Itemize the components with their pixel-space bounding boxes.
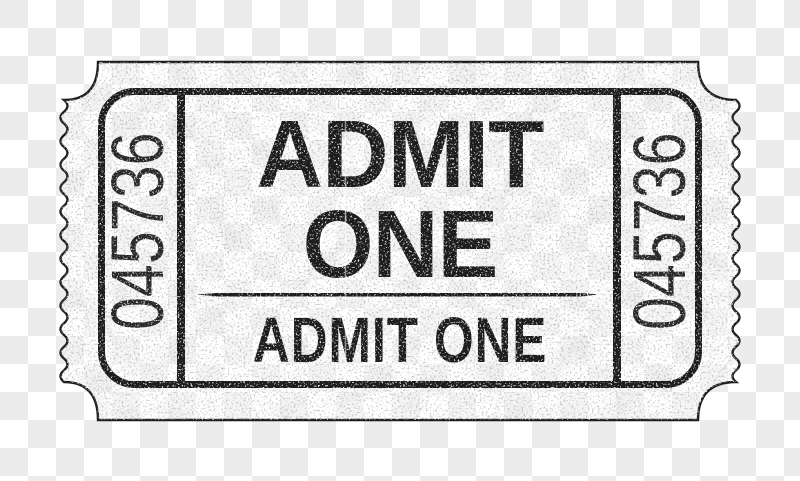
grunge-specks-light <box>58 56 746 426</box>
ticket-image: ADMIT ONE ADMIT ONE 045736 045736 <box>0 0 800 481</box>
checkerboard-background: ADMIT ONE ADMIT ONE 045736 045736 <box>0 0 800 481</box>
distress-overlay-group <box>58 56 746 426</box>
